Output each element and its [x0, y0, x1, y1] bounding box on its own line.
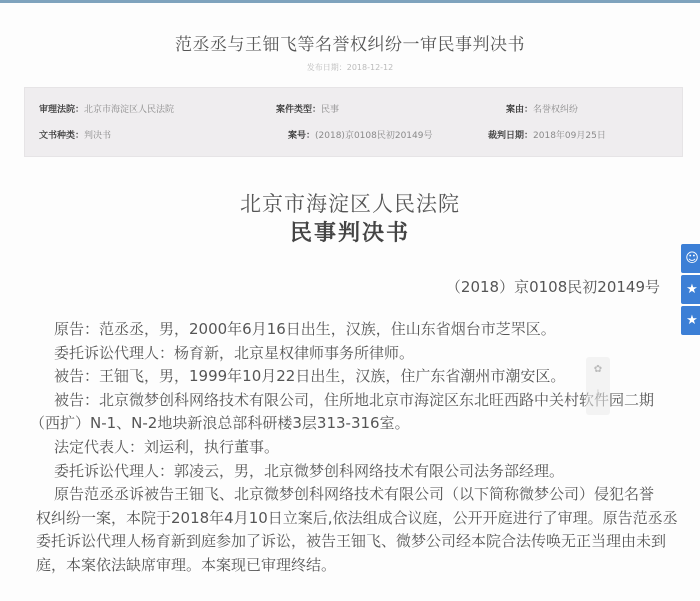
user-icon[interactable]: ☺: [681, 244, 700, 273]
case-info-panel: 审理法院：北京市海淀区人民法院 案件类型：民事 案由：名誉权纠纷 文书种类：判决…: [24, 87, 683, 157]
info-judgment-date-label: 裁判日期：: [488, 131, 533, 141]
floating-toolbar: ✿ ⤓: [586, 357, 610, 415]
line-legal-rep: 法定代表人：刘运利，执行董事。: [36, 436, 646, 460]
info-case-type-label: 案件类型：: [276, 105, 321, 115]
side-share-widget: ☺ ★ ★: [681, 244, 700, 337]
info-case-type: 案件类型：民事: [276, 102, 339, 115]
info-doc-type: 文书种类：判决书: [39, 128, 111, 141]
info-cause-value: 名誉权纠纷: [533, 105, 578, 115]
publish-date: 发布日期：2018-12-12: [0, 62, 700, 73]
info-case-type-value: 民事: [321, 105, 339, 115]
info-judgment-date: 裁判日期：2018年09月25日: [488, 128, 606, 141]
info-court: 审理法院：北京市海淀区人民法院: [39, 102, 174, 115]
info-case-no-value: (2018)京0108民初20149号: [315, 131, 432, 141]
info-doc-type-value: 判决书: [84, 131, 111, 141]
court-name-heading: 北京市海淀区人民法院: [0, 188, 700, 218]
top-border: [0, 0, 700, 3]
download-icon[interactable]: ⤓: [586, 381, 610, 405]
line-plaintiff-agent: 委托诉讼代理人：杨育新，北京星权律师事务所律师。: [36, 342, 646, 366]
case-number: （2018）京0108民初20149号: [446, 276, 660, 297]
line-defendant-2: 被告：北京微梦创科网络技术有限公司，住所地北京市海淀区东北旺西路中关村软件园二期: [36, 389, 646, 413]
info-case-no: 案号：(2018)京0108民初20149号: [288, 128, 432, 141]
line-defendant-1: 被告：王钿飞，男，1999年10月22日出生，汉族，住广东省潮州市潮安区。: [36, 365, 646, 389]
line-case-summary-3: 委托诉讼代理人杨育新到庭参加了诉讼，被告王钿飞、微梦公司经本院合法传唤无正当理由…: [36, 530, 646, 554]
document-title: 范丞丞与王钿飞等名誉权纠纷一审民事判决书: [0, 30, 700, 55]
judgment-body: 原告：范丞丞，男，2000年6月16日出生，汉族，住山东省烟台市芝罘区。 委托诉…: [36, 318, 646, 578]
info-court-label: 审理法院：: [39, 105, 84, 115]
info-cause-label: 案由：: [506, 105, 533, 115]
doc-type-heading: 民事判决书: [0, 216, 700, 247]
line-case-summary-2: 权纠纷一案，本院于2018年4月10日立案后,依法组成合议庭，公开开庭进行了审理…: [36, 507, 646, 531]
line-case-summary-1: 原告范丞丞诉被告王钿飞、北京微梦创科网络技术有限公司（以下简称微梦公司）侵犯名誉: [36, 483, 646, 507]
info-doc-type-label: 文书种类：: [39, 131, 84, 141]
settings-icon[interactable]: ✿: [586, 357, 610, 381]
line-plaintiff: 原告：范丞丞，男，2000年6月16日出生，汉族，住山东省烟台市芝罘区。: [36, 318, 646, 342]
info-case-no-label: 案号：: [288, 131, 315, 141]
line-defendant-2-address: （西扩）N-1、N-2地块新浪总部科研楼3层313-316室。: [30, 412, 646, 436]
info-cause: 案由：名誉权纠纷: [506, 102, 578, 115]
star-icon[interactable]: ★: [681, 275, 700, 304]
info-court-value: 北京市海淀区人民法院: [84, 105, 174, 115]
line-defendant-agent: 委托诉讼代理人：郭凌云，男，北京微梦创科网络技术有限公司法务部经理。: [36, 460, 646, 484]
info-judgment-date-value: 2018年09月25日: [533, 131, 606, 141]
star-icon[interactable]: ★: [681, 306, 700, 335]
line-case-summary-4: 庭，本案依法缺席审理。本案现已审理终结。: [36, 554, 646, 578]
